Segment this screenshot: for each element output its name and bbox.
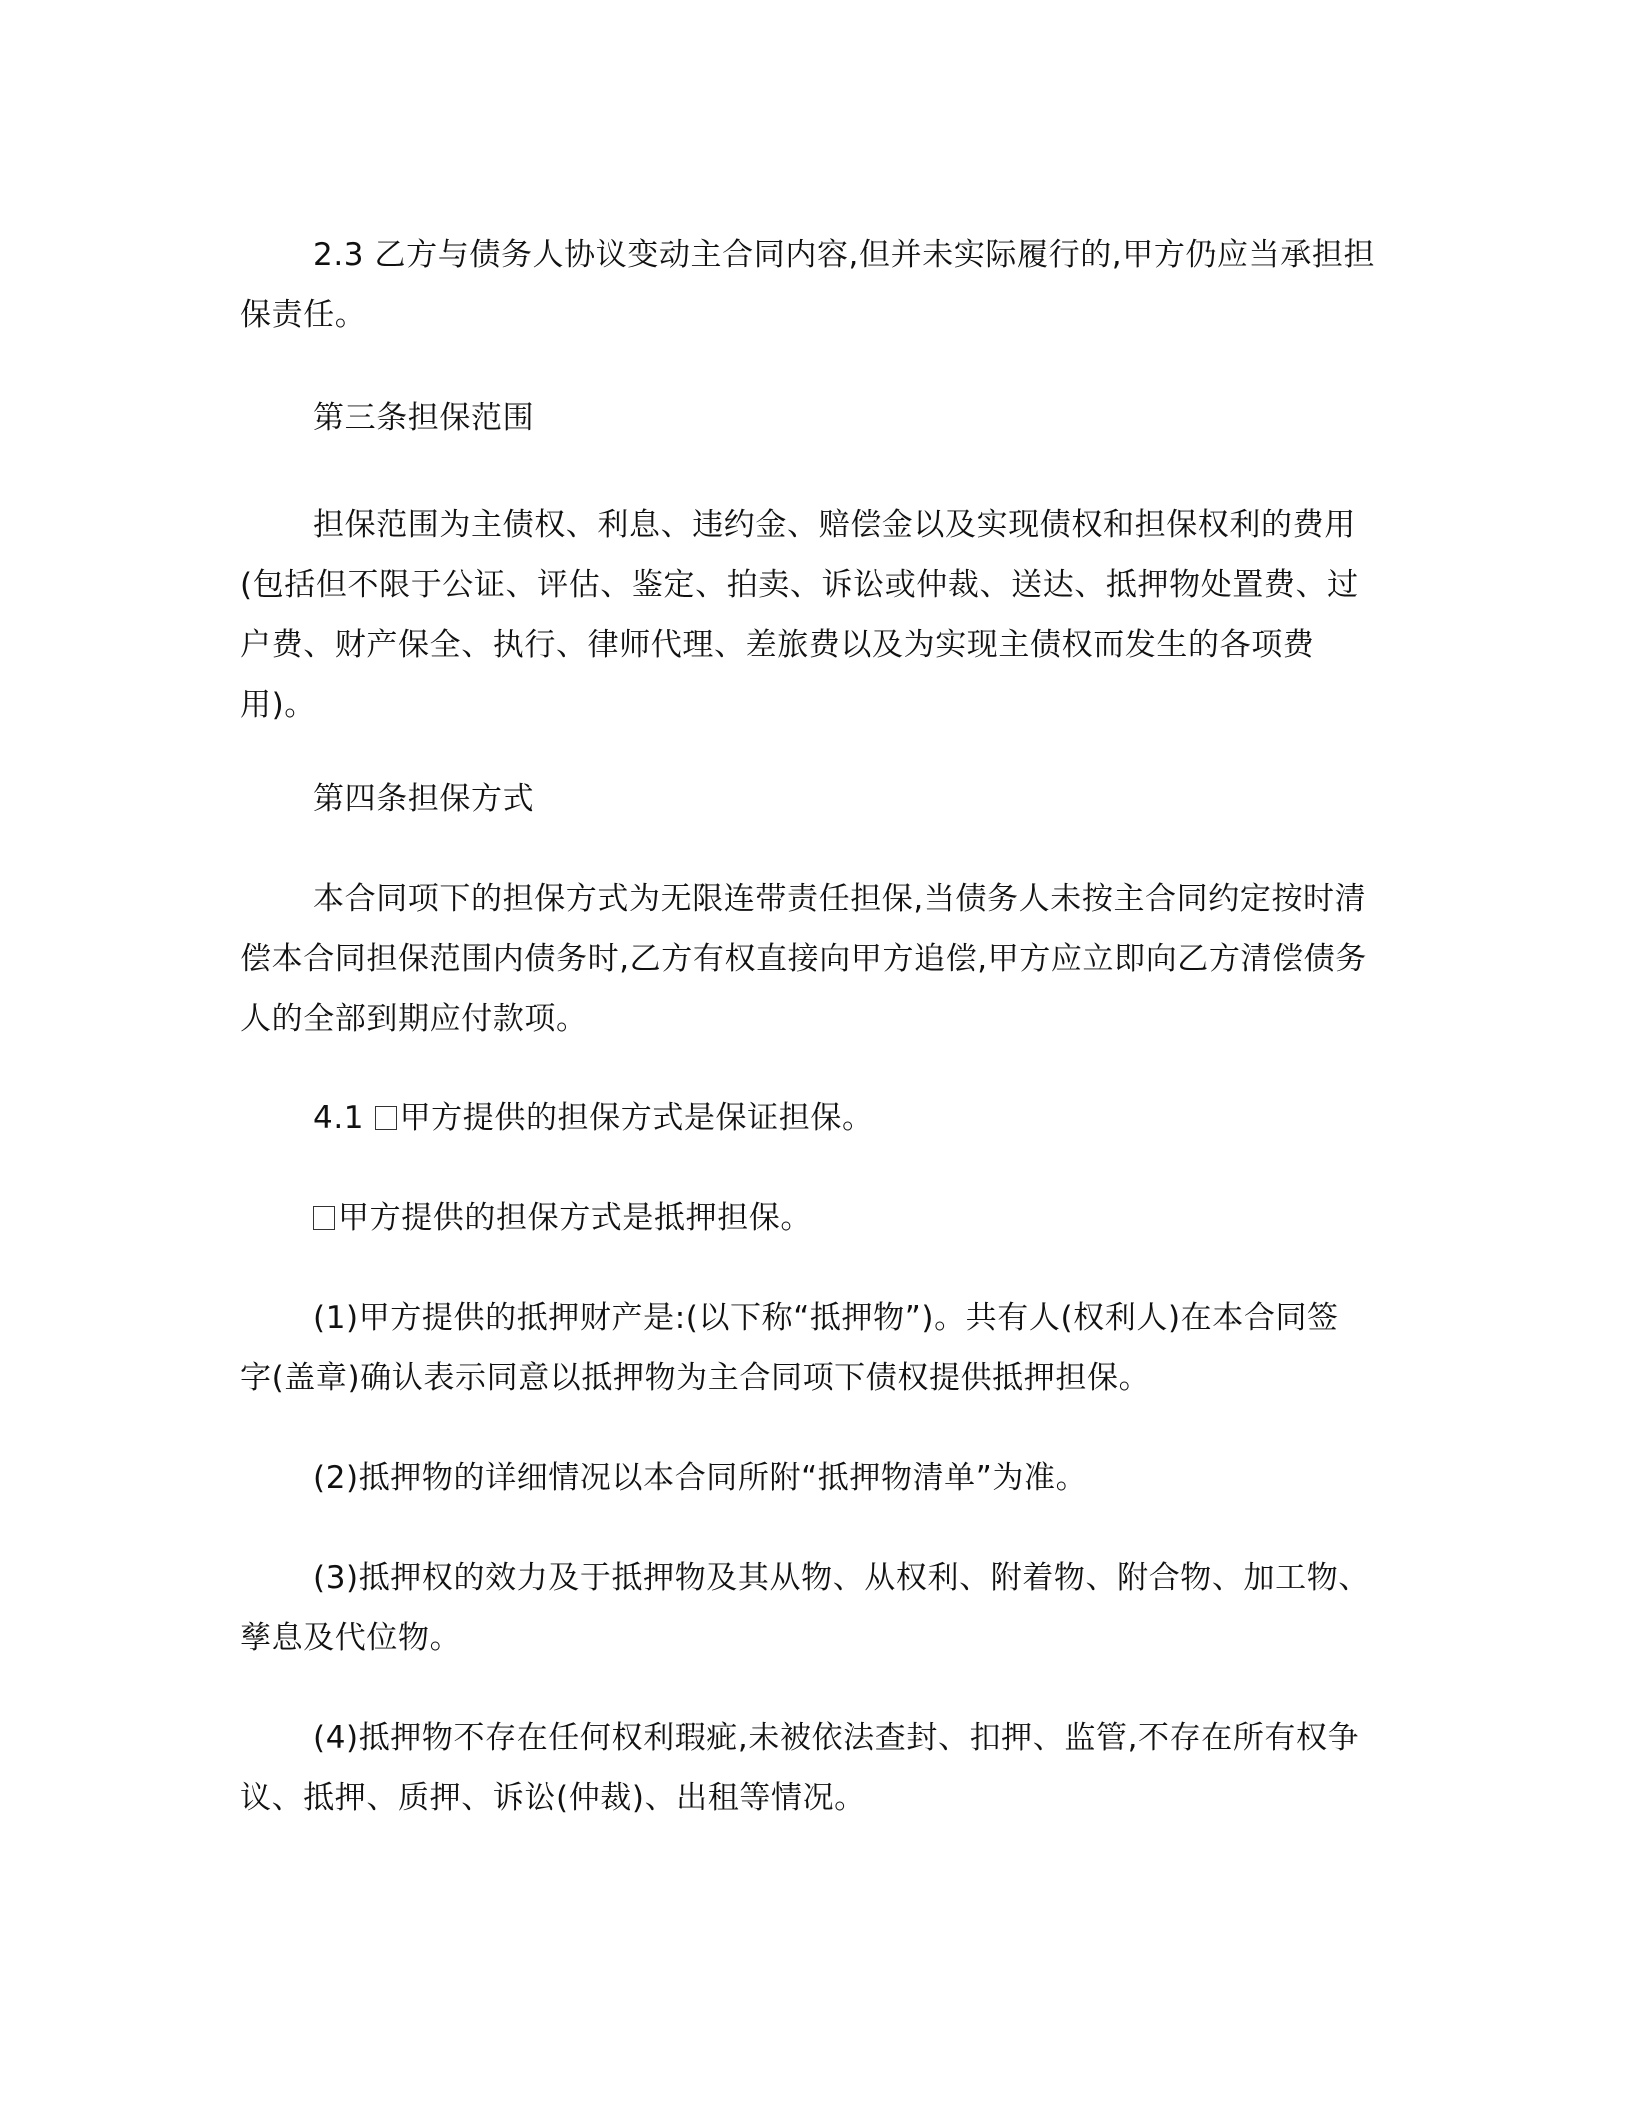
item-3-line-2: 孳息及代位物。 [240, 1620, 461, 1656]
document-page: 2.3 乙方与债务人协议变动主合同内容,但并未实际履行的,甲方仍应当承担担 保责… [0, 0, 1632, 2112]
article-4-body-line-1: 本合同项下的担保方式为无限连带责任担保,当债务人未按主合同约定按时清 [313, 881, 1366, 917]
article-4-heading: 第四条担保方式 [313, 781, 534, 817]
clause-2-3-line-2: 保责任。 [240, 297, 366, 333]
clause-4-1-option-guarantee: 4.1 甲方提供的担保方式是保证担保。 [313, 1100, 874, 1136]
article-3-heading: 第三条担保范围 [313, 400, 534, 436]
checkbox-guarantee[interactable] [375, 1106, 397, 1130]
item-3-line-1: (3)抵押权的效力及于抵押物及其从物、从权利、附着物、附合物、加工物、 [313, 1560, 1370, 1596]
clause-number: 4.1 [313, 1100, 375, 1136]
item-2-line-1: (2)抵押物的详细情况以本合同所附“抵押物清单”为准。 [313, 1460, 1087, 1496]
article-3-body-line-1: 担保范围为主债权、利息、违约金、赔偿金以及实现债权和担保权利的费用 [313, 507, 1356, 543]
article-3-body-line-3: 户费、财产保全、执行、律师代理、差旅费以及为实现主债权而发生的各项费 [240, 627, 1314, 663]
option-label-guarantee: 甲方提供的担保方式是保证担保。 [400, 1100, 874, 1136]
item-1-line-2: 字(盖章)确认表示同意以抵押物为主合同项下债权提供抵押担保。 [240, 1360, 1150, 1396]
item-1-line-1: (1)甲方提供的抵押财产是:(以下称“抵押物”)。共有人(权利人)在本合同签 [313, 1300, 1339, 1336]
option-label-mortgage: 甲方提供的担保方式是抵押担保。 [338, 1200, 812, 1236]
item-4-line-2: 议、抵押、质押、诉讼(仲裁)、出租等情况。 [240, 1780, 866, 1816]
article-4-body-line-3: 人的全部到期应付款项。 [240, 1001, 588, 1037]
checkbox-mortgage[interactable] [313, 1206, 335, 1230]
clause-2-3-line-1: 2.3 乙方与债务人协议变动主合同内容,但并未实际履行的,甲方仍应当承担担 [313, 237, 1375, 273]
article-3-body-line-2: (包括但不限于公证、评估、鉴定、拍卖、诉讼或仲裁、送达、抵押物处置费、过 [240, 567, 1359, 603]
article-3-body-line-4: 用)。 [240, 687, 316, 723]
clause-4-1-option-mortgage: 甲方提供的担保方式是抵押担保。 [313, 1200, 812, 1236]
item-4-line-1: (4)抵押物不存在任何权利瑕疵,未被依法查封、扣押、监管,不存在所有权争 [313, 1720, 1359, 1756]
article-4-body-line-2: 偿本合同担保范围内债务时,乙方有权直接向甲方追偿,甲方应立即向乙方清偿债务 [240, 941, 1367, 977]
